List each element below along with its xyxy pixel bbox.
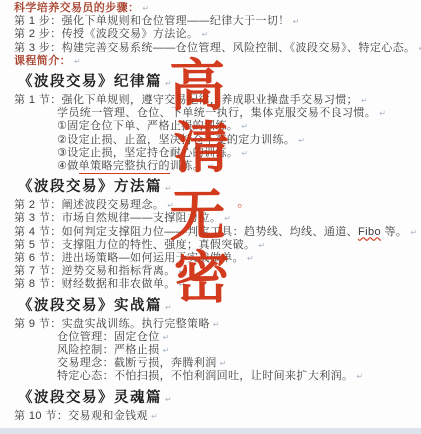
line-text: 财经数据和非农做单。: [62, 278, 176, 290]
toc-line: 第 3 节：市场自然规律——支撑阻力位。: [14, 212, 417, 225]
toc-line: 第 9 节：实盘实战训练。执行完整策略: [14, 318, 417, 331]
fibo-term: Fibo: [358, 226, 381, 238]
line-label: 第 3 节：: [14, 212, 62, 225]
toc-line: ③设定止损，坚定持仓耐心的训练。: [57, 147, 417, 160]
step-line: 第 1 步：强化下单规则和仓位管理——纪律大于一切！: [14, 15, 417, 28]
footer-bar: [0, 428, 421, 434]
intro-heading: 科学培养交易员的步骤：: [14, 2, 417, 15]
line-text: 交易观和金钱观: [68, 410, 148, 422]
section-heading-discipline: 《波段交易》纪律篇: [18, 74, 417, 92]
toc-line: ①固定仓位下单、严格止损的训练。: [57, 120, 417, 133]
toc-line: 风险控制：严格止损: [57, 344, 417, 357]
toc-line: 特定心态：不怕扫损，不怕利润回吐，让时间来扩大利润。: [57, 370, 417, 383]
red-underlined-text: 单策略完整执行的: [79, 160, 170, 174]
line-text: 进出场策略—如何运用于实战做单。: [62, 252, 244, 264]
line-text: 阐述波段交易理念。: [62, 199, 165, 211]
line-label: 第 8 节：: [14, 278, 62, 291]
line-text: 训练。: [170, 160, 204, 172]
toc-line: 第 10 节：交易观和金钱观: [14, 410, 417, 423]
toc-line: 第 1 节：强化下单规则，遵守交易纪律，养成职业操盘手交易习惯；: [14, 94, 417, 107]
step-line: 第 3 步：构建完善交易系统——仓位管理、风险控制、《波段交易》、特定心态。: [14, 42, 417, 55]
section-heading-soul: 《波段交易》灵魂篇: [18, 390, 417, 408]
toc-line: 学员统一管理、仓位、下单统一执行，集体克服交易不良习惯。: [57, 107, 417, 120]
line-label: 第 2 节：: [14, 199, 62, 212]
toc-line: 交易理念：截断亏损，奔腾利润: [57, 357, 417, 370]
line-text: 强化下单规则，遵守交易纪律，养成职业操盘手交易习惯；: [62, 94, 358, 106]
line-text: 实盘实战训练。执行完整策略: [62, 318, 210, 330]
section-heading-practice: 《波段交易》实战篇: [18, 298, 417, 316]
toc-line: 第 4 节：如何判定支撑阻力位——判定工具：趋势线、均线、通道、Fibo 等。: [14, 226, 417, 239]
line-label: 第 10 节：: [14, 410, 68, 423]
toc-line: 第 8 节：财经数据和非农做单。: [14, 278, 417, 291]
toc-line: 第 7 节：逆势交易和指标背离。: [14, 265, 417, 278]
toc-line: 第 5 节：支撑阻力位的特性、强度；真假突破。: [14, 239, 417, 252]
line-label: 第 9 节：: [14, 318, 62, 331]
course-intro-label: 课程简介：: [14, 55, 417, 68]
toc-line: ④做单策略完整执行的训练。: [57, 160, 417, 173]
step-line: 第 2 步：传授《波段交易》方法论。: [14, 28, 417, 41]
line-text: 支撑阻力位的特性、强度；真假突破。: [62, 239, 256, 251]
section-heading-method: 《波段交易》方法篇: [18, 179, 417, 197]
line-label: 第 4 节：: [14, 226, 62, 239]
line-text: ④做: [57, 160, 79, 172]
line-text: 逆势交易和指标背离。: [62, 265, 176, 277]
line-text: 等。: [381, 226, 407, 238]
toc-line: 仓位管理：固定仓位: [57, 331, 417, 344]
line-label: 第 6 节：: [14, 252, 62, 265]
line-label: 第 5 节：: [14, 239, 62, 252]
document-page: 科学培养交易员的步骤： 第 1 步：强化下单规则和仓位管理——纪律大于一切！ 第…: [0, 0, 421, 434]
toc-line: ②设定止损、止盈，坚决持仓不变的定力训练。: [57, 134, 417, 147]
line-label: 第 1 节：: [14, 94, 62, 107]
toc-line: 第 2 节：阐述波段交易理念。: [14, 199, 417, 212]
document-content: 科学培养交易员的步骤： 第 1 步：强化下单规则和仓位管理——纪律大于一切！ 第…: [14, 2, 417, 423]
line-text: 市场自然规律——支撑阻力位。: [62, 212, 222, 224]
line-label: 第 7 节：: [14, 265, 62, 278]
line-text: 如何判定支撑阻力位——判定工具：趋势线、均线、通道、: [62, 226, 358, 238]
toc-line: 第 6 节：进出场策略—如何运用于实战做单。: [14, 252, 417, 265]
